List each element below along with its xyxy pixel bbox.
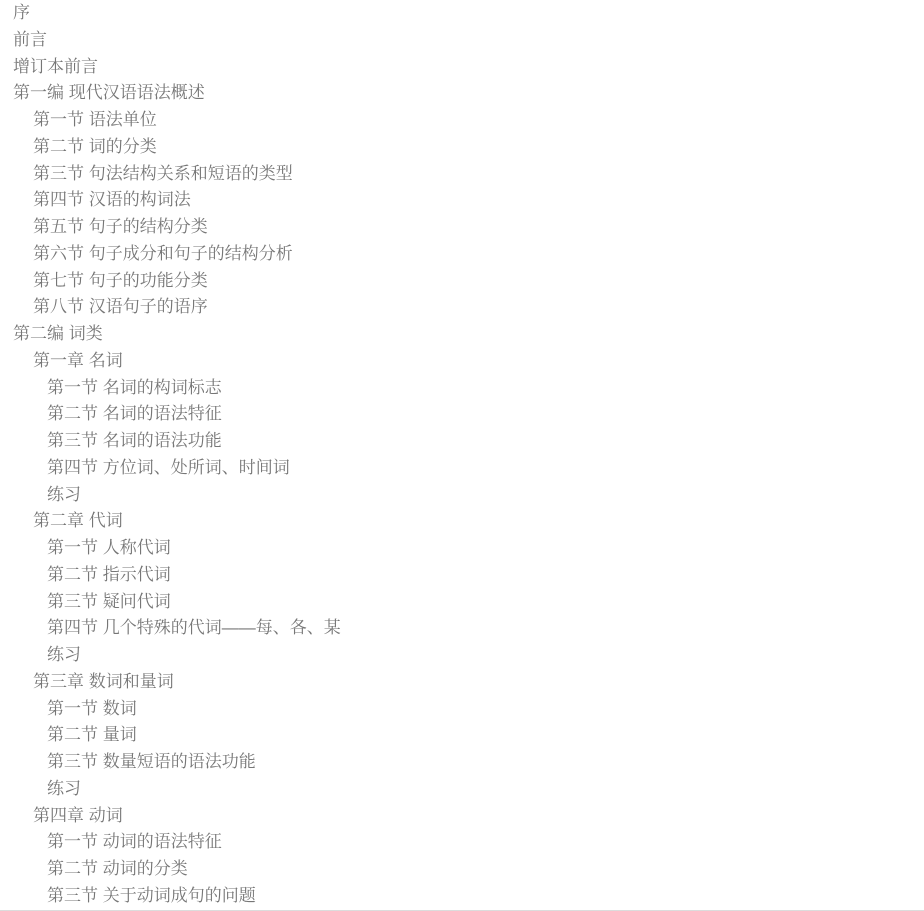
toc-item[interactable]: 第八节 汉语句子的语序: [0, 294, 924, 321]
toc-page: 序前言增订本前言第一编 现代汉语语法概述第一节 语法单位第二节 词的分类第三节 …: [0, 0, 924, 911]
toc-item[interactable]: 练习: [0, 776, 924, 803]
toc-item[interactable]: 第二节 指示代词: [0, 562, 924, 589]
toc-item[interactable]: 练习: [0, 482, 924, 509]
toc-item[interactable]: 第二节 名词的语法特征: [0, 401, 924, 428]
toc-item[interactable]: 第二章 代词: [0, 508, 924, 535]
table-of-contents: 序前言增订本前言第一编 现代汉语语法概述第一节 语法单位第二节 词的分类第三节 …: [0, 0, 924, 910]
toc-item[interactable]: 第一节 数词: [0, 696, 924, 723]
toc-item[interactable]: 练习: [0, 642, 924, 669]
toc-item[interactable]: 序: [0, 0, 924, 27]
toc-item[interactable]: 第三节 疑问代词: [0, 589, 924, 616]
toc-item[interactable]: 第四节 几个特殊的代词——每、各、某: [0, 615, 924, 642]
toc-item[interactable]: 第一节 人称代词: [0, 535, 924, 562]
toc-item[interactable]: 第一节 动词的语法特征: [0, 829, 924, 856]
toc-item[interactable]: 第四节 汉语的构词法: [0, 187, 924, 214]
toc-item[interactable]: 第二节 词的分类: [0, 134, 924, 161]
toc-item[interactable]: 第二编 词类: [0, 321, 924, 348]
toc-item[interactable]: 第一节 语法单位: [0, 107, 924, 134]
toc-item[interactable]: 第三节 数量短语的语法功能: [0, 749, 924, 776]
toc-item[interactable]: 第四章 动词: [0, 803, 924, 830]
toc-item[interactable]: 前言: [0, 27, 924, 54]
toc-item[interactable]: 第一节 名词的构词标志: [0, 375, 924, 402]
toc-item[interactable]: 第一章 名词: [0, 348, 924, 375]
toc-item[interactable]: 第三节 句法结构关系和短语的类型: [0, 161, 924, 188]
toc-item[interactable]: 第二节 量词: [0, 722, 924, 749]
toc-item[interactable]: 第七节 句子的功能分类: [0, 268, 924, 295]
toc-item[interactable]: 增订本前言: [0, 54, 924, 81]
toc-item[interactable]: 第二节 动词的分类: [0, 856, 924, 883]
toc-item[interactable]: 第五节 句子的结构分类: [0, 214, 924, 241]
toc-item[interactable]: 第四节 方位词、处所词、时间词: [0, 455, 924, 482]
toc-item[interactable]: 第三节 关于动词成句的问题: [0, 883, 924, 910]
toc-item[interactable]: 第一编 现代汉语语法概述: [0, 80, 924, 107]
toc-item[interactable]: 第六节 句子成分和句子的结构分析: [0, 241, 924, 268]
toc-item[interactable]: 第三节 名词的语法功能: [0, 428, 924, 455]
toc-item[interactable]: 第三章 数词和量词: [0, 669, 924, 696]
